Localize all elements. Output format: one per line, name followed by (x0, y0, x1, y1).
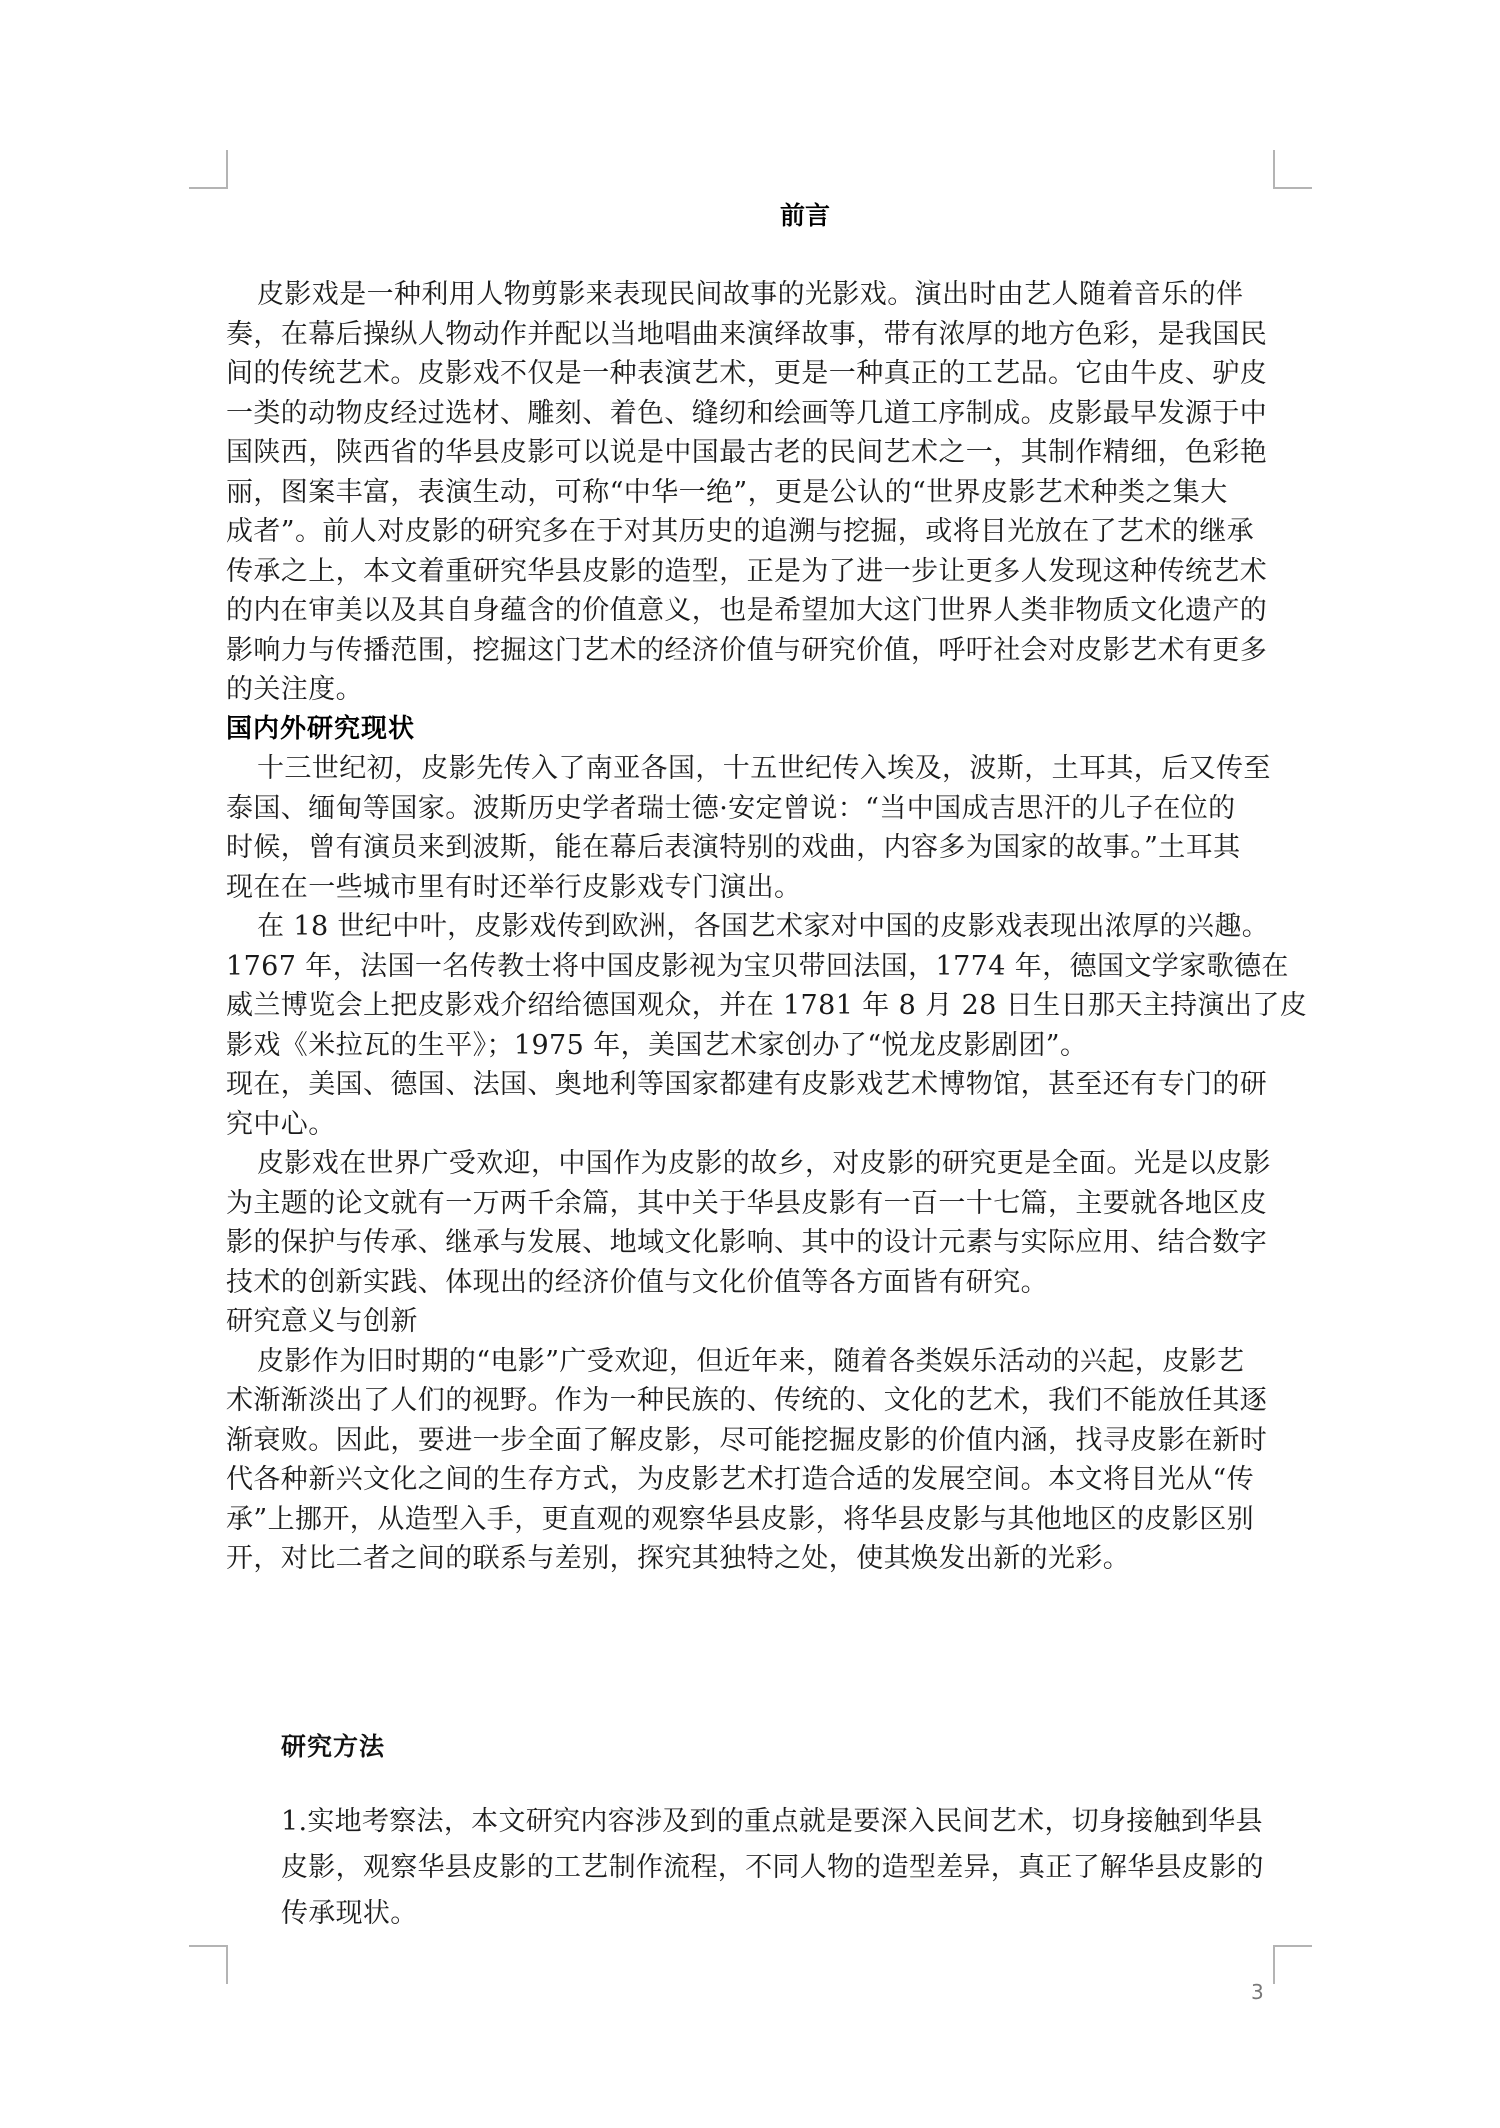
section-heading-significance: 研究意义与创新 (226, 1302, 1276, 1342)
text-line: 传承之上，本文着重研究华县皮影的造型，正是为了进一步让更多人发现这种传统艺术 (226, 552, 1276, 592)
text-line: 一类的动物皮经过选材、雕刻、着色、缝纫和绘画等几道工序制成。皮影最早发源于中 (226, 394, 1276, 434)
text-line: 1767 年，法国一名传教士将中国皮影视为宝贝带回法国，1774 年，德国文学家… (226, 947, 1276, 987)
text-line: 间的传统艺术。皮影戏不仅是一种表演艺术，更是一种真正的工艺品。它由牛皮、驴皮 (226, 354, 1276, 394)
page-number: 3 (1251, 1980, 1264, 2004)
text-line: 影的保护与传承、继承与发展、地域文化影响、其中的设计元素与实际应用、结合数字 (226, 1223, 1276, 1263)
text-line: 影戏《米拉瓦的生平》；1975 年，美国艺术家创办了“悦龙皮影剧团”。 (226, 1026, 1276, 1066)
text-line: 奏，在幕后操纵人物动作并配以当地唱曲来演绎故事，带有浓厚的地方色彩，是我国民 (226, 315, 1276, 355)
text-line: 皮影，观察华县皮影的工艺制作流程，不同人物的造型差异，真正了解华县皮影的 (281, 1845, 1281, 1891)
text-line: 影响力与传播范围，挖掘这门艺术的经济价值与研究价值，呼吁社会对皮影艺术有更多 (226, 631, 1276, 671)
text-line: 在 18 世纪中叶，皮影戏传到欧洲，各国艺术家对中国的皮影戏表现出浓厚的兴趣。 (226, 907, 1276, 947)
text-line: 泰国、缅甸等国家。波斯历史学者瑞士德·安定曾说：“当中国成吉思汗的儿子在位的 (226, 789, 1276, 829)
crop-mark-bottom-right (1273, 1945, 1312, 1984)
crop-mark-bottom-left (189, 1945, 228, 1984)
text-line: 术渐渐淡出了人们的视野。作为一种民族的、传统的、文化的艺术，我们不能放任其逐 (226, 1381, 1276, 1421)
crop-mark-top-left (189, 150, 228, 189)
text-line: 的内在审美以及其自身蕴含的价值意义，也是希望加大这门世界人类非物质文化遗产的 (226, 591, 1276, 631)
text-line: 丽，图案丰富，表演生动，可称“中华一绝”，更是公认的“世界皮影艺术种类之集大 (226, 473, 1276, 513)
preface-paragraph: 皮影戏是一种利用人物剪影来表现民间故事的光影戏。演出时由艺人随着音乐的伴 奏，在… (226, 275, 1276, 710)
research-status-paragraph-2: 在 18 世纪中叶，皮影戏传到欧洲，各国艺术家对中国的皮影戏表现出浓厚的兴趣。 … (226, 907, 1276, 1065)
text-line: 传承现状。 (281, 1891, 1281, 1937)
text-line: 开，对比二者之间的联系与差别，探究其独特之处，使其焕发出新的光彩。 (226, 1539, 1276, 1579)
text-line: 的关注度。 (226, 670, 1276, 710)
research-status-paragraph-3: 现在，美国、德国、法国、奥地利等国家都建有皮影戏艺术博物馆，甚至还有专门的研 究… (226, 1065, 1276, 1144)
text-line: 代各种新兴文化之间的生存方式，为皮影艺术打造合适的发展空间。本文将目光从“传 (226, 1460, 1276, 1500)
crop-mark-top-right (1273, 150, 1312, 189)
text-line: 国陕西，陕西省的华县皮影可以说是中国最古老的民间艺术之一，其制作精细，色彩艳 (226, 433, 1276, 473)
methods-paragraph: 1.实地考察法，本文研究内容涉及到的重点就是要深入民间艺术，切身接触到华县 皮影… (281, 1799, 1281, 1937)
research-status-paragraph-4: 皮影戏在世界广受欢迎，中国作为皮影的故乡，对皮影的研究更是全面。光是以皮影 为主… (226, 1144, 1276, 1302)
text-line: 渐衰败。因此，要进一步全面了解皮影，尽可能挖掘皮影的价值内涵，找寻皮影在新时 (226, 1421, 1276, 1461)
section-heading-research-status: 国内外研究现状 (226, 710, 1276, 750)
significance-paragraph: 皮影作为旧时期的“电影”广受欢迎，但近年来，随着各类娱乐活动的兴起，皮影艺 术渐… (226, 1342, 1276, 1579)
text-line: 为主题的论文就有一万两千余篇，其中关于华县皮影有一百一十七篇，主要就各地区皮 (226, 1184, 1276, 1224)
text-line: 现在，美国、德国、法国、奥地利等国家都建有皮影戏艺术博物馆，甚至还有专门的研 (226, 1065, 1276, 1105)
text-line: 十三世纪初，皮影先传入了南亚各国，十五世纪传入埃及，波斯，土耳其，后又传至 (226, 749, 1276, 789)
text-line: 皮影戏是一种利用人物剪影来表现民间故事的光影戏。演出时由艺人随着音乐的伴 (226, 275, 1276, 315)
text-line: 时候，曾有演员来到波斯，能在幕后表演特别的戏曲，内容多为国家的故事。”土耳其 (226, 828, 1276, 868)
text-line: 究中心。 (226, 1105, 1276, 1145)
text-line: 现在在一些城市里有时还举行皮影戏专门演出。 (226, 868, 1276, 908)
main-text-flow: 皮影戏是一种利用人物剪影来表现民间故事的光影戏。演出时由艺人随着音乐的伴 奏，在… (226, 275, 1276, 1579)
section-heading-methods: 研究方法 (281, 1729, 1281, 1765)
text-line: 皮影作为旧时期的“电影”广受欢迎，但近年来，随着各类娱乐活动的兴起，皮影艺 (226, 1342, 1276, 1382)
text-line: 威兰博览会上把皮影戏介绍给德国观众，并在 1781 年 8 月 28 日生日那天… (226, 986, 1276, 1026)
text-line: 成者”。前人对皮影的研究多在于对其历史的追溯与挖掘，或将目光放在了艺术的继承 (226, 512, 1276, 552)
research-status-paragraph-1: 十三世纪初，皮影先传入了南亚各国，十五世纪传入埃及，波斯，土耳其，后又传至 泰国… (226, 749, 1276, 907)
text-line: 1.实地考察法，本文研究内容涉及到的重点就是要深入民间艺术，切身接触到华县 (281, 1799, 1281, 1845)
text-line: 承”上挪开，从造型入手，更直观的观察华县皮影，将华县皮影与其他地区的皮影区别 (226, 1500, 1276, 1540)
page-title: 前言 (0, 198, 1500, 234)
text-line: 皮影戏在世界广受欢迎，中国作为皮影的故乡，对皮影的研究更是全面。光是以皮影 (226, 1144, 1276, 1184)
text-line: 技术的创新实践、体现出的经济价值与文化价值等各方面皆有研究。 (226, 1263, 1276, 1303)
document-page: 前言 皮影戏是一种利用人物剪影来表现民间故事的光影戏。演出时由艺人随着音乐的伴 … (0, 0, 1500, 2128)
